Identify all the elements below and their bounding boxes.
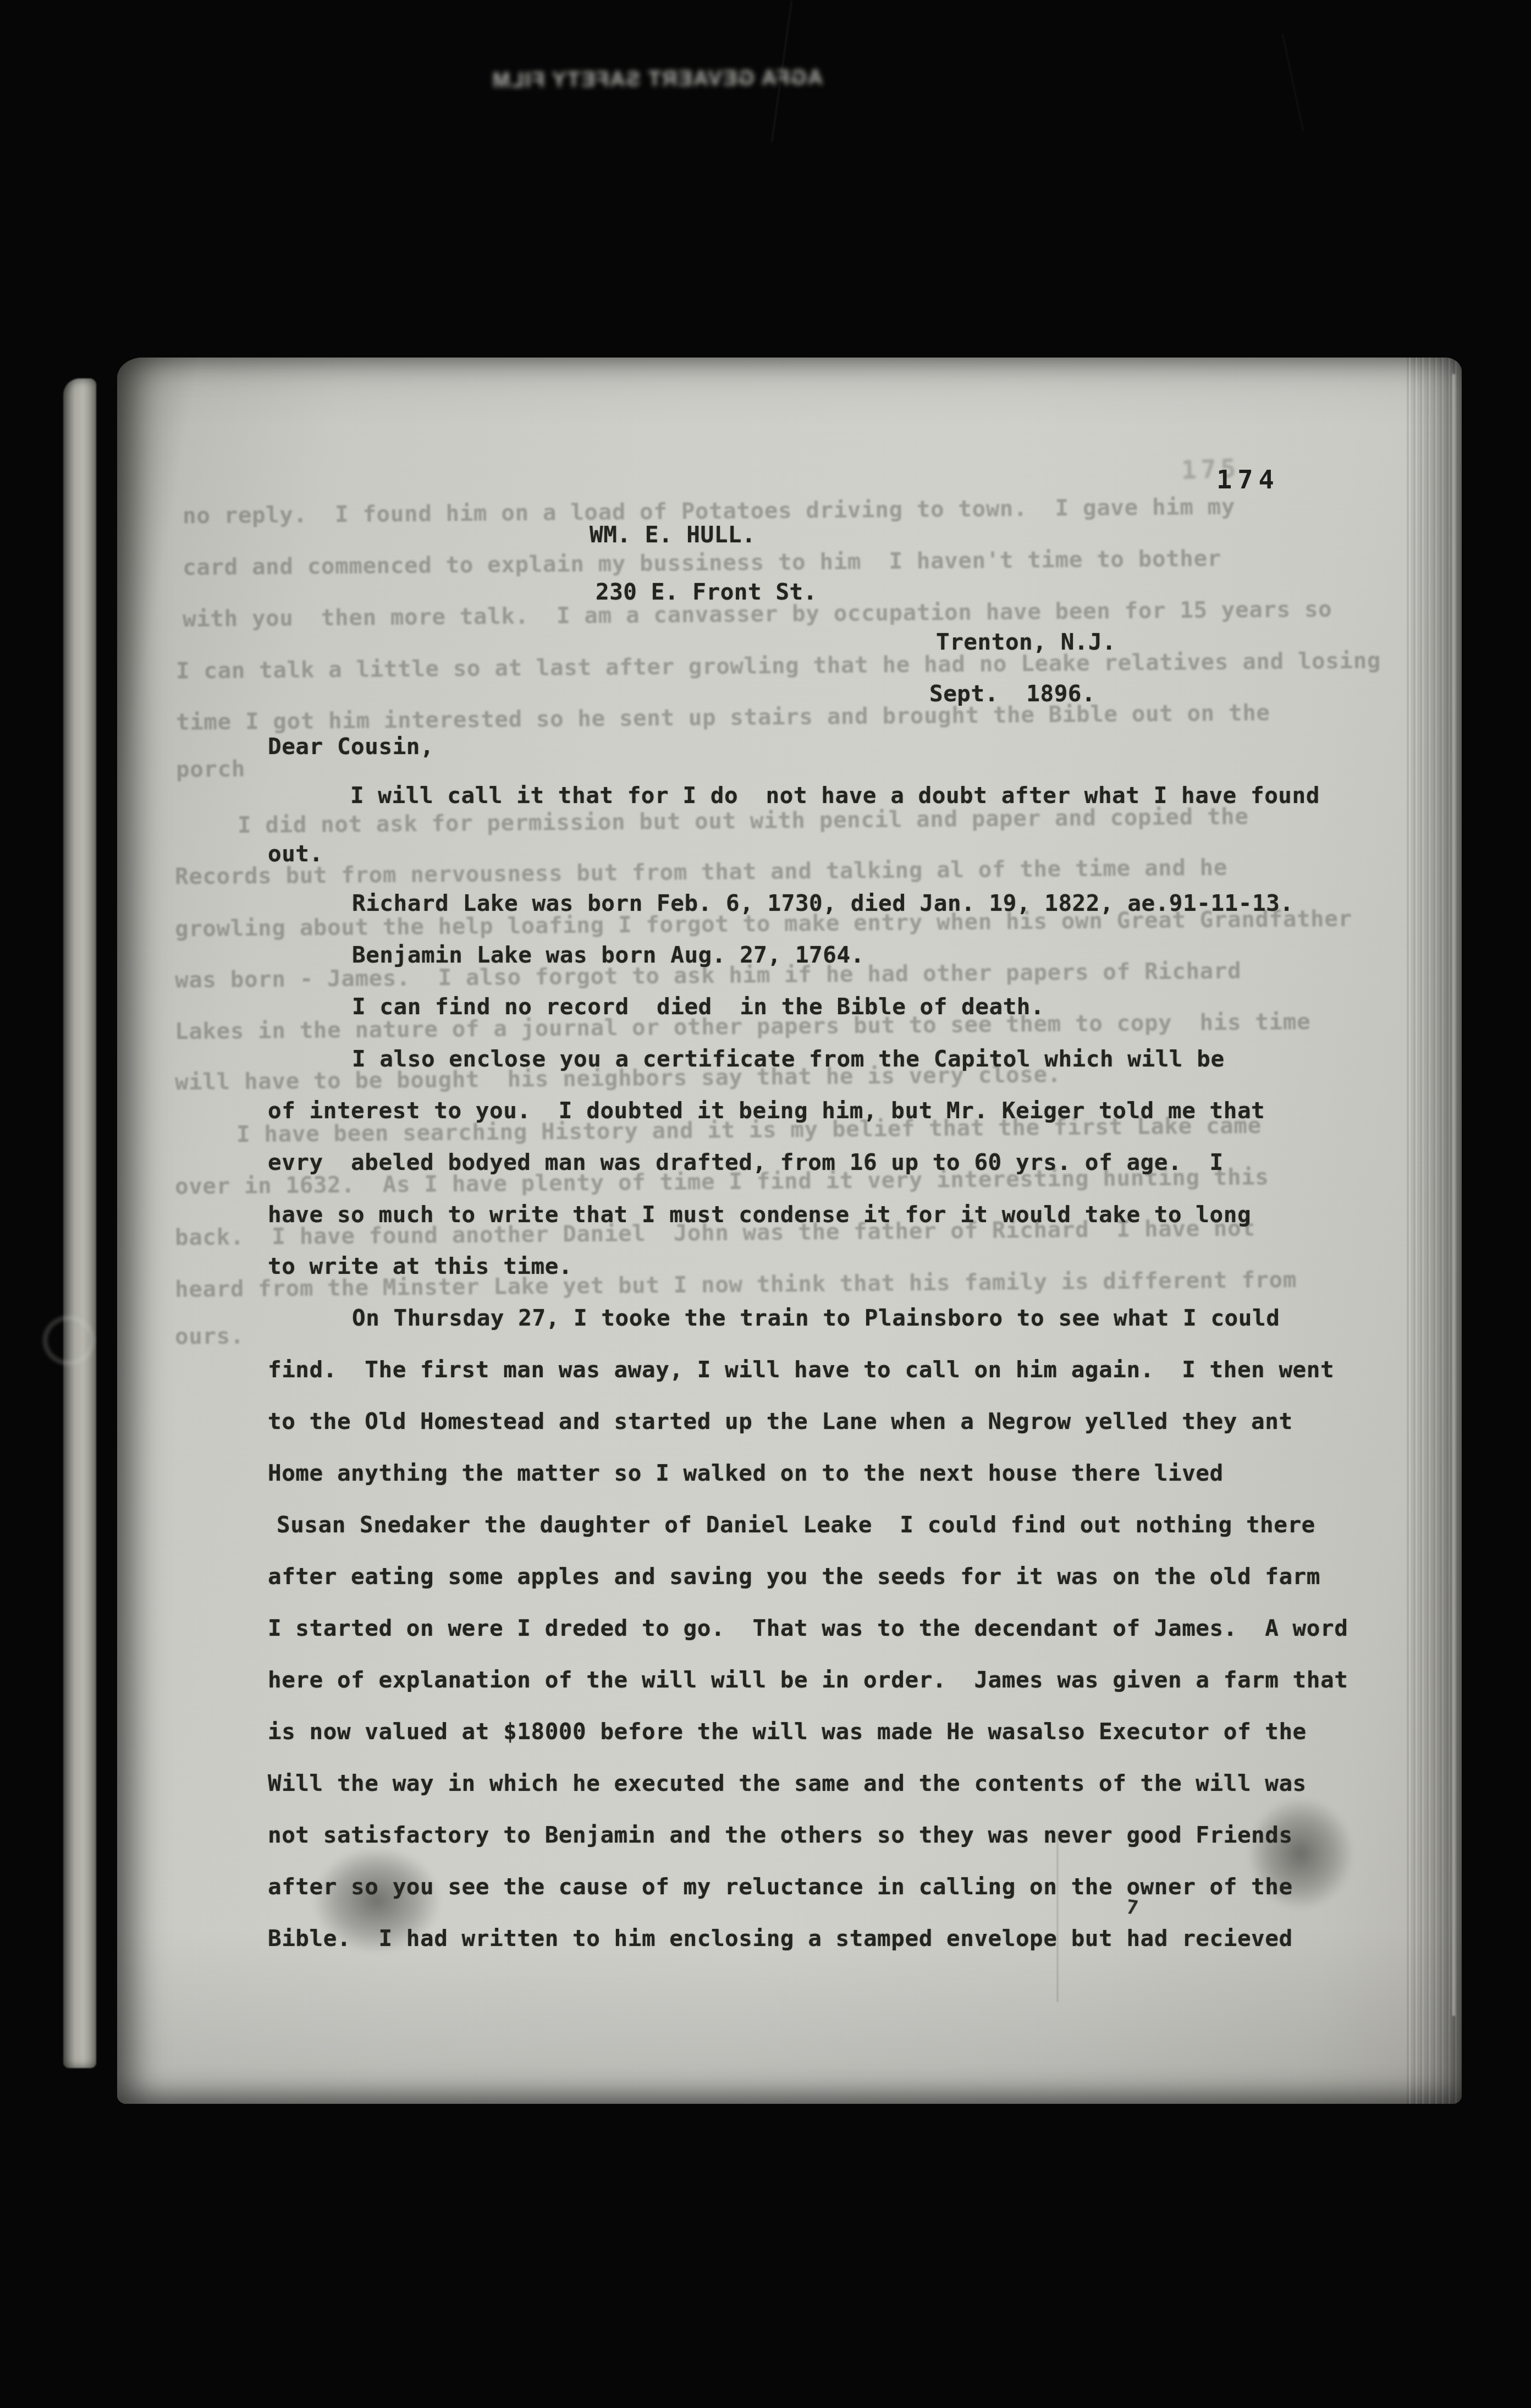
body-line: out. [268,840,323,867]
ink-smudge [313,1848,440,1953]
microfilm-frame: AGFA GEVAERT SAFETY FILM no reply. I fou… [0,0,1531,2408]
body-line: after eating some apples and saving you … [268,1563,1320,1590]
body-line: of interest to you. I doubted it being h… [268,1097,1265,1124]
body-line: to write at this time. [268,1253,572,1279]
ink-smudge [1248,1799,1353,1909]
place-line: Trenton, N.J. [936,629,1116,655]
body-line: Benjamin Lake was born Aug. 27, 1764. [352,942,864,968]
sender-name: WM. E. HULL. [590,521,756,548]
body-line: have so much to write that I must conden… [268,1201,1251,1228]
body-line: evry abeled bodyed man was drafted, from… [268,1149,1224,1175]
body-line: find. The first man was away, I will hav… [268,1356,1334,1383]
body-line: Richard Lake was born Feb. 6, 1730, died… [352,890,1294,916]
date-line: Sept. 1896. [929,680,1095,707]
paper-crease [1057,1832,1058,2002]
bleed-through-line: ours. [175,1322,244,1349]
film-scratch [1282,34,1303,131]
page-number: 174 [1216,465,1280,495]
body-line: I started on were I dreded to go. That w… [268,1615,1348,1641]
body-line: I also enclose you a certificate from th… [352,1046,1225,1072]
sender-address: 230 E. Front St. [596,579,817,605]
body-line: to the Old Homestead and started up the … [268,1408,1293,1434]
body-line: I can find no record died in the Bible o… [352,993,1044,1020]
previous-page-edge [63,378,96,2068]
bleed-through-line: porch [176,755,245,782]
page-edge-highlight [1452,374,1455,2016]
body-line: On Thursday 27, I tooke the train to Pla… [352,1305,1280,1331]
body-line: not satisfactory to Benjamin and the oth… [268,1822,1293,1848]
salutation: Dear Cousin, [268,733,434,760]
body-line: Susan Snedaker the daughter of Daniel Le… [277,1511,1315,1538]
body-line: is now valued at $18000 before the will … [268,1718,1307,1745]
body-line: here of explanation of the will will be … [268,1667,1348,1693]
body-line: I will call it that for I do not have a … [350,782,1320,809]
body-line: Will the way in which he executed the sa… [268,1770,1307,1796]
ring-mark [43,1316,95,1365]
body-line: Home anything the matter so I walked on … [268,1460,1224,1486]
film-edge-label: AGFA GEVAERT SAFETY FILM [520,53,795,106]
